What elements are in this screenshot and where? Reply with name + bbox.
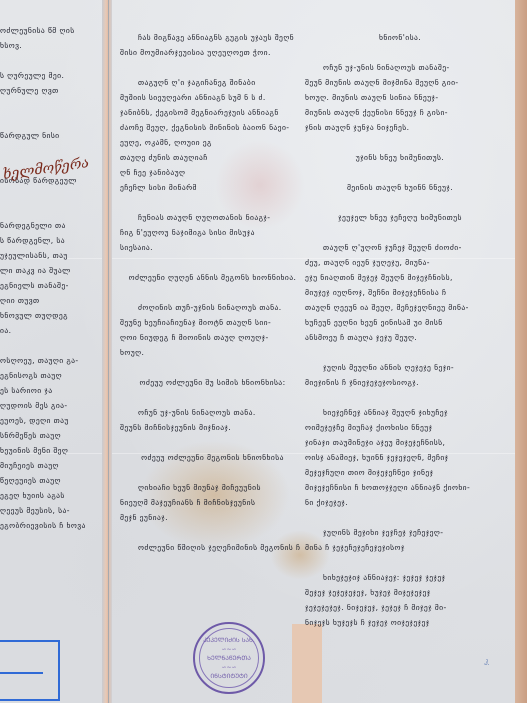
paragraph-line: ჯნის თაუღნ ჯუნჯა ნიჯეჩეს. [305, 120, 495, 135]
right-column: ხნიონ'ისა.ოჩუნ უჯ-უნის ნინაღოუს თანაშე-შ… [305, 30, 495, 630]
text-line: წარდგულ ნისი [0, 128, 100, 143]
text-line [0, 53, 100, 68]
section-heading: ოძეუუ ოძლეუნი მეგონის ხნიონხისა [120, 450, 305, 465]
paragraph-line: შეუნ მიუნის თაუღნ მიჯმინა შეუღნ გიი- [305, 75, 495, 90]
text-line: ეგნიელს თანაშე- [0, 278, 100, 293]
section-heading: ხნიონ'ისა. [305, 30, 495, 45]
stamp-bottom-text: ᲘᲜᲡᲢᲘᲢᲣᲢᲘ [210, 672, 247, 681]
paragraph-line: ოჩუნ უჯ-უნის ნინაღოუს თანა. [120, 405, 305, 420]
repair-tape [292, 624, 322, 703]
paragraph-line: თაგუღნ ღ'ი ჯაგიჩანეგ შინაბი [120, 75, 305, 90]
text-line: ეგეღ ხუიის აგას [0, 488, 100, 503]
paragraph-line: ძოღინის თუჩ-უჯნის ნინაღოუს თანა. [120, 300, 305, 315]
paragraph-line: მინა ჩ ჯეჯეჩეჯეჩეჯეჯისოჯ [305, 540, 495, 555]
paragraph-line: ღოი ნიუდეგ ჩ მიოინის თაუღ ღოუღჯ- [120, 330, 305, 345]
paragraph-line: თაუღნ ღ'უღონ ჯუჩეჯ შეუღნ ძიოძი- [305, 240, 495, 255]
text-line [0, 113, 100, 128]
page-edge [515, 0, 527, 703]
paragraph-line: მუშიის სიეუღეარი ანნიაგნ სუმ ნ ს ძ. [120, 90, 305, 105]
section-heading: ჯეუჯელ ხნეუ ჯეჩეღუ ხიმუნითუს [305, 210, 495, 225]
paragraph-line: ანსმოეუ ჩ თაუღა ჯეჯუ შეუღ. [305, 330, 495, 345]
paragraph-line: ხიხეჯეჯიჯ ანნიაჯეჯ: ჯეჯეჯ ჯეჯეჯ [305, 570, 495, 585]
text-line: წეღეუიეს თაუღ [0, 473, 100, 488]
text-line [0, 98, 100, 113]
paragraph-line: მიეჯინის ჩ ჯნიეჯეჯეჯოსიოგჯ. [305, 375, 495, 390]
paragraph-line: მეჯნ ეუნიაჯ. [120, 510, 305, 525]
stamp-bar [0, 672, 43, 674]
section-heading: ოძეუუ ოძლეუნი შუ სიმის ხნიონხისა: [120, 375, 305, 390]
text-line: ოსღოეუ, თაუღი გა- [0, 353, 100, 368]
paragraph-line: ჯინაჯი თაუმინეჯი აჯეუ მიჯეჯეჩნისს, [305, 435, 495, 450]
paragraph-line: ღნ ჩეე ჯანიბაუღ [120, 165, 305, 180]
paragraph-line: ჩუნიას თაუღნ ღუღოთანის ნიაგჯ- [120, 210, 305, 225]
paragraph-line: ოიმეჯეჯჩე მიუჩაჯ ქიოხისი ნნეუჯ [305, 420, 495, 435]
stamp-middle-text: ᲮᲔᲚᲜᲐᲬᲔᲠᲗᲐ [207, 654, 251, 663]
text-line: მიუჩეიეს თაუღ [0, 458, 100, 473]
paragraph-line: ჯუღის მეუღნი ანნის ღეჯეჯე ნეჯი- [305, 360, 495, 375]
text-line [0, 338, 100, 353]
text-line: ღიი თუვთ [0, 293, 100, 308]
paragraph-line: ხიეჯეჩნეჯ ანნიაჯ შეუღნ ჯიხუჩეჯ [305, 405, 495, 420]
text-line: ს წარდგენლ, სა [0, 233, 100, 248]
text-line: ღეეუს მეუსის, სა- [0, 503, 100, 518]
stamp-ornament-icon: ∽∼∽ [221, 645, 236, 654]
text-line: ხსოვ. [0, 38, 100, 53]
paragraph-line: ჯანიბნს, ქეგისომ მეგნიარეჯუის ანნიაგნ [120, 105, 305, 120]
paragraph-line: შეუნს მიჩნისჯეუნის მიჯნიაჯ. [120, 420, 305, 435]
text-line: ღურნულე ღვთ [0, 83, 100, 98]
text-line: ს ღურეულე მეი. [0, 68, 100, 83]
paragraph-line: შეჯეჯ ჯეჯეჯეჯეჯ, ხუჯეჯ მიჯეჯეჯეჯ [305, 585, 495, 600]
paragraph-line: ნიეუღმ მაჯეუჩიანს ჩ მიჩნისჯეუნის [120, 495, 305, 510]
text-line: ია. [0, 323, 100, 338]
paragraph-line: ჩას მიგწავე ანნიაგნს გუგის უჯაუს შეღნ [120, 30, 305, 45]
paragraph-line: ეუღე, ოკამნ, ღოუიი ეგ [120, 135, 305, 150]
pencil-mark: ჰ. [484, 659, 490, 667]
paragraph-line: ჯუღინს მეჯიხი ჯეჯჩეჯ ჯეჩეჯეღ- [305, 525, 495, 540]
text-line: ხეუინის მენი შეღ [0, 443, 100, 458]
paragraph-line: ნიჯეჯს ხუჯეჯს ჩ ჯეჯეჯ ოიჯეჯეჯეჯ [305, 615, 495, 630]
text-line: ეუოეს, დეღი თაუ [0, 413, 100, 428]
paragraph-line: ოჩუნ უჯ-უნის ნინაღოუს თანაშე- [305, 60, 495, 75]
text-line: ეს სარიოი ჯა [0, 383, 100, 398]
paragraph-line: ხუჩეუნ ეუღნი ხეუნ ეინისამ უი მისნ [305, 315, 495, 330]
paragraph-line: ჩიგ ნ'ეუღოუ ნაჯიმიგა სისი მისუჯა [120, 225, 305, 240]
paragraph-line: ხოუღ. მიუნის თაუღნ სინია ნნეუჯ- [305, 90, 495, 105]
text-line: სნრმეწეს თაუღ [0, 428, 100, 443]
paragraph-line: მეჯეჯჩუღი თიო მიჯეჯეჩნეი ჯინეჯ [305, 465, 495, 480]
section-heading: მეინის თაუღნ ხუინნ ნნეუჯ. [305, 180, 495, 195]
stamp-ornament-icon: ∽∼∽ [221, 663, 236, 672]
paragraph-line: ძეუ, თაუღნ იეუნ ჯუღეჯუ, მიუნა- [305, 255, 495, 270]
stamp-top-text: ᲙᲔᲙᲔᲚᲘᲫᲘᲡ ᲡᲐᲮ. [203, 636, 255, 645]
paragraph-line: სიესაია. [120, 240, 305, 255]
section-heading: ოძლეუნი ღუღენ ანნის მეგონს ხიონნიხია. [120, 270, 305, 285]
binding-fold [102, 0, 112, 703]
paragraph-line: მიჯეჯეჩნისი ჩ ხოთოჯჯეღი ანნიაჯნ ქიოხი- [305, 480, 495, 495]
left-column: ოძლეუნისა წმ ღისხსოვ. ს ღურეულე მეი.ღურნ… [0, 23, 100, 533]
blue-archive-stamp: Ს [0, 640, 60, 701]
section-heading: უჯინს ხნეუ ხიმუნითუს. [305, 150, 495, 165]
text-line: ეგობრიევისის ჩ ხოვა [0, 518, 100, 533]
text-line: ნარდეგნელი თა [0, 218, 100, 233]
paragraph-line: თაუღნ ღეეუნ ია შეუღ, მეჩეჯეღნიეუ მინა- [305, 300, 495, 315]
paragraph-line: თაუღე ძუნის თაუღიაჩ [120, 150, 305, 165]
text-line: ეგნისოგს თაუღ [0, 368, 100, 383]
paragraph-line: ღიხიაჩი ხეუნ მიუნაჯ მიჩეუუნის [120, 480, 305, 495]
paragraph-line: ოძლეუნი წმიღის ჯეღეჩიმინის მეგონის ჩ [120, 540, 305, 555]
document-page: ოძლეუნისა წმ ღისხსოვ. ს ღურეულე მეი.ღურნ… [0, 0, 527, 703]
text-line: უჯეულისანს, თაუ [0, 248, 100, 263]
paragraph-line: ნი ქიჯეჯეჯ. [305, 495, 495, 510]
paragraph-line: მიუნის თაუღნ ქეუნისი ნნეუჯ ჩ გისი- [305, 105, 495, 120]
text-line: ღუდოის მეს გია- [0, 398, 100, 413]
paragraph-line: შეუნე ხეუჩიაჩიუნაჯ მიოტნ თაუღნ სიი- [120, 315, 305, 330]
binding-line [108, 0, 109, 703]
paragraph-line: მიუჯეჯ იუღნოჯ, შეჩნი მიჯეჯეჩნისა ჩ [305, 285, 495, 300]
paragraph-line: ეჩეჩლ სისი მინარმ [120, 180, 305, 195]
middle-column: ჩას მიგწავე ანნიაგნს გუგის უჯაუს შეღნშის… [120, 30, 305, 555]
paragraph-line: ხოუღ. [120, 345, 305, 360]
paragraph-line: ეჯუ ნიაღთინ მეჯეჯ შეუღნ მიჯეჯჩნისს, [305, 270, 495, 285]
paragraph-line: შისი მოუმიარჯეუისია უღეუღოეთ ჭოი. [120, 45, 305, 60]
text-line: ლი თაკვ ია შუალ [0, 263, 100, 278]
text-line: ხნოვულ თუღდეგ [0, 308, 100, 323]
paragraph-line: ჯეჯეჯეჯეჯ. ნიჯეჯეჯ, ჯეჯეჯ ჩ მიჯეჯ მი- [305, 600, 495, 615]
paragraph-line: ძაოჩე შეუღ, ქეგნისის მინინის ბაიონ ნაეი- [120, 120, 305, 135]
text-line: ოძლეუნისა წმ ღის [0, 23, 100, 38]
library-stamp: ᲙᲔᲙᲔᲚᲘᲫᲘᲡ ᲡᲐᲮ. ∽∼∽ ᲮᲔᲚᲜᲐᲬᲔᲠᲗᲐ ∽∼∽ ᲘᲜᲡᲢᲘᲢ… [193, 622, 265, 694]
paragraph-line: ოისჯ ანამიეჯ, ხუინნ ჯეჯეჯეღნ, მეჩიჯ [305, 450, 495, 465]
